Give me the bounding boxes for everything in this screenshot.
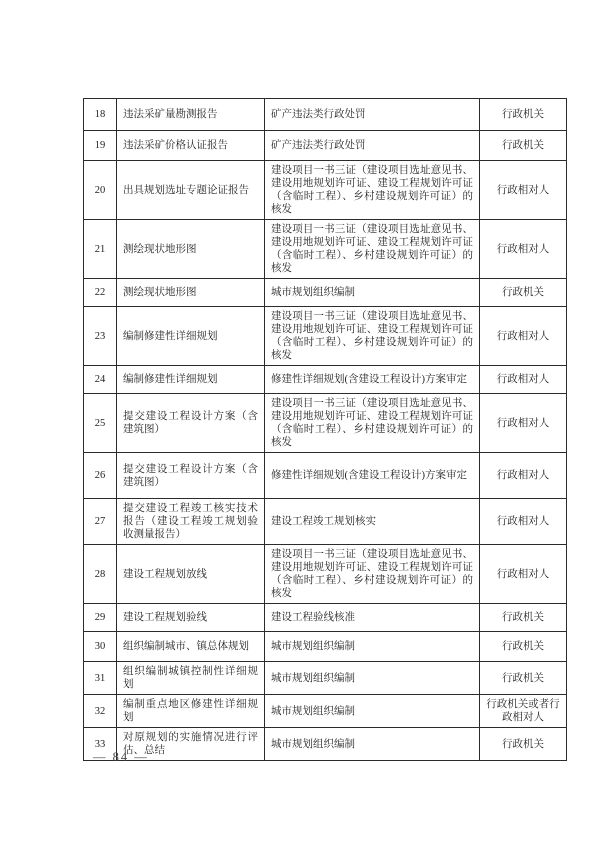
table-row: 22测绘现状地形图城市规划组织编制行政机关 [84,279,567,307]
cell-number: 21 [84,220,117,279]
table-row: 27提交建设工程竣工核实技术报告（建设工程竣工规划验收测量报告）建设工程竣工规划… [84,499,567,545]
cell-party: 行政相对人 [480,545,567,604]
table-row: 21测绘现状地形图建设项目一书三证（建设项目选址意见书、建设用地规划许可证、建设… [84,220,567,279]
cell-number: 25 [84,394,117,453]
table-row: 31组织编制城镇控制性详细规划城市规划组织编制行政机关 [84,662,567,695]
table-row: 30组织编制城市、镇总体规划城市规划组织编制行政机关 [84,632,567,662]
table-row: 19违法采矿价格认证报告矿产违法类行政处罚行政机关 [84,131,567,161]
cell-item: 测绘现状地形图 [117,220,265,279]
cell-party: 行政相对人 [480,220,567,279]
cell-party: 行政相对人 [480,394,567,453]
cell-item: 测绘现状地形图 [117,279,265,307]
cell-item: 编制修建性详细规划 [117,307,265,366]
cell-matter: 城市规划组织编制 [265,695,480,728]
cell-number: 32 [84,695,117,728]
cell-item: 建设工程规划验线 [117,604,265,632]
table-row: 25提交建设工程设计方案（含建筑图）建设项目一书三证（建设项目选址意见书、建设用… [84,394,567,453]
cell-party: 行政相对人 [480,307,567,366]
cell-number: 22 [84,279,117,307]
cell-matter: 矿产违法类行政处罚 [265,131,480,161]
cell-item: 出具规划选址专题论证报告 [117,161,265,220]
cell-party: 行政机关 [480,279,567,307]
items-table: 18违法采矿量勘测报告矿产违法类行政处罚行政机关19违法采矿价格认证报告矿产违法… [83,98,567,761]
table-row: 29建设工程规划验线建设工程验线核准行政机关 [84,604,567,632]
cell-item: 违法采矿价格认证报告 [117,131,265,161]
cell-item: 建设工程规划放线 [117,545,265,604]
cell-number: 26 [84,453,117,499]
table-row: 33对原规划的实施情况进行评估、总结城市规划组织编制行政机关 [84,728,567,761]
document-page: 18违法采矿量勘测报告矿产违法类行政处罚行政机关19违法采矿价格认证报告矿产违法… [0,0,600,848]
cell-item: 编制修建性详细规划 [117,366,265,394]
cell-matter: 建设项目一书三证（建设项目选址意见书、建设用地规划许可证、建设工程规划许可证（含… [265,220,480,279]
cell-item: 组织编制城市、镇总体规划 [117,632,265,662]
table-body: 18违法采矿量勘测报告矿产违法类行政处罚行政机关19违法采矿价格认证报告矿产违法… [84,99,567,761]
cell-party: 行政机关 [480,662,567,695]
cell-matter: 修建性详细规划(含建设工程设计)方案审定 [265,366,480,394]
cell-number: 23 [84,307,117,366]
cell-matter: 建设工程竣工规划核实 [265,499,480,545]
cell-party: 行政机关或者行政相对人 [480,695,567,728]
cell-party: 行政相对人 [480,366,567,394]
cell-number: 29 [84,604,117,632]
cell-matter: 城市规划组织编制 [265,279,480,307]
cell-party: 行政相对人 [480,161,567,220]
cell-matter: 修建性详细规划(含建设工程设计)方案审定 [265,453,480,499]
cell-party: 行政相对人 [480,453,567,499]
cell-number: 28 [84,545,117,604]
cell-matter: 建设工程验线核准 [265,604,480,632]
cell-number: 27 [84,499,117,545]
cell-matter: 矿产违法类行政处罚 [265,99,480,131]
cell-number: 18 [84,99,117,131]
cell-party: 行政机关 [480,728,567,761]
table-row: 32编制重点地区修建性详细规划城市规划组织编制行政机关或者行政相对人 [84,695,567,728]
cell-matter: 建设项目一书三证（建设项目选址意见书、建设用地规划许可证、建设工程规划许可证（含… [265,161,480,220]
cell-item: 违法采矿量勘测报告 [117,99,265,131]
table-row: 24编制修建性详细规划修建性详细规划(含建设工程设计)方案审定行政相对人 [84,366,567,394]
cell-matter: 城市规划组织编制 [265,632,480,662]
table-row: 23编制修建性详细规划建设项目一书三证（建设项目选址意见书、建设用地规划许可证、… [84,307,567,366]
cell-number: 20 [84,161,117,220]
cell-party: 行政机关 [480,632,567,662]
cell-item: 提交建设工程设计方案（含建筑图） [117,394,265,453]
cell-matter: 城市规划组织编制 [265,728,480,761]
cell-matter: 城市规划组织编制 [265,662,480,695]
cell-item: 提交建设工程竣工核实技术报告（建设工程竣工规划验收测量报告） [117,499,265,545]
cell-party: 行政相对人 [480,499,567,545]
cell-item: 编制重点地区修建性详细规划 [117,695,265,728]
cell-number: 19 [84,131,117,161]
cell-party: 行政机关 [480,99,567,131]
table-row: 26提交建设工程设计方案（含建筑图）修建性详细规划(含建设工程设计)方案审定行政… [84,453,567,499]
table-row: 18违法采矿量勘测报告矿产违法类行政处罚行政机关 [84,99,567,131]
cell-matter: 建设项目一书三证（建设项目选址意见书、建设用地规划许可证、建设工程规划许可证（含… [265,307,480,366]
cell-number: 24 [84,366,117,394]
cell-number: 31 [84,662,117,695]
page-number: — 84 — [93,750,149,765]
cell-party: 行政机关 [480,604,567,632]
cell-matter: 建设项目一书三证（建设项目选址意见书、建设用地规划许可证、建设工程规划许可证（含… [265,394,480,453]
table-row: 28建设工程规划放线建设项目一书三证（建设项目选址意见书、建设用地规划许可证、建… [84,545,567,604]
cell-matter: 建设项目一书三证（建设项目选址意见书、建设用地规划许可证、建设工程规划许可证（含… [265,545,480,604]
cell-item: 提交建设工程设计方案（含建筑图） [117,453,265,499]
table-row: 20出具规划选址专题论证报告建设项目一书三证（建设项目选址意见书、建设用地规划许… [84,161,567,220]
cell-number: 30 [84,632,117,662]
cell-item: 组织编制城镇控制性详细规划 [117,662,265,695]
cell-party: 行政机关 [480,131,567,161]
